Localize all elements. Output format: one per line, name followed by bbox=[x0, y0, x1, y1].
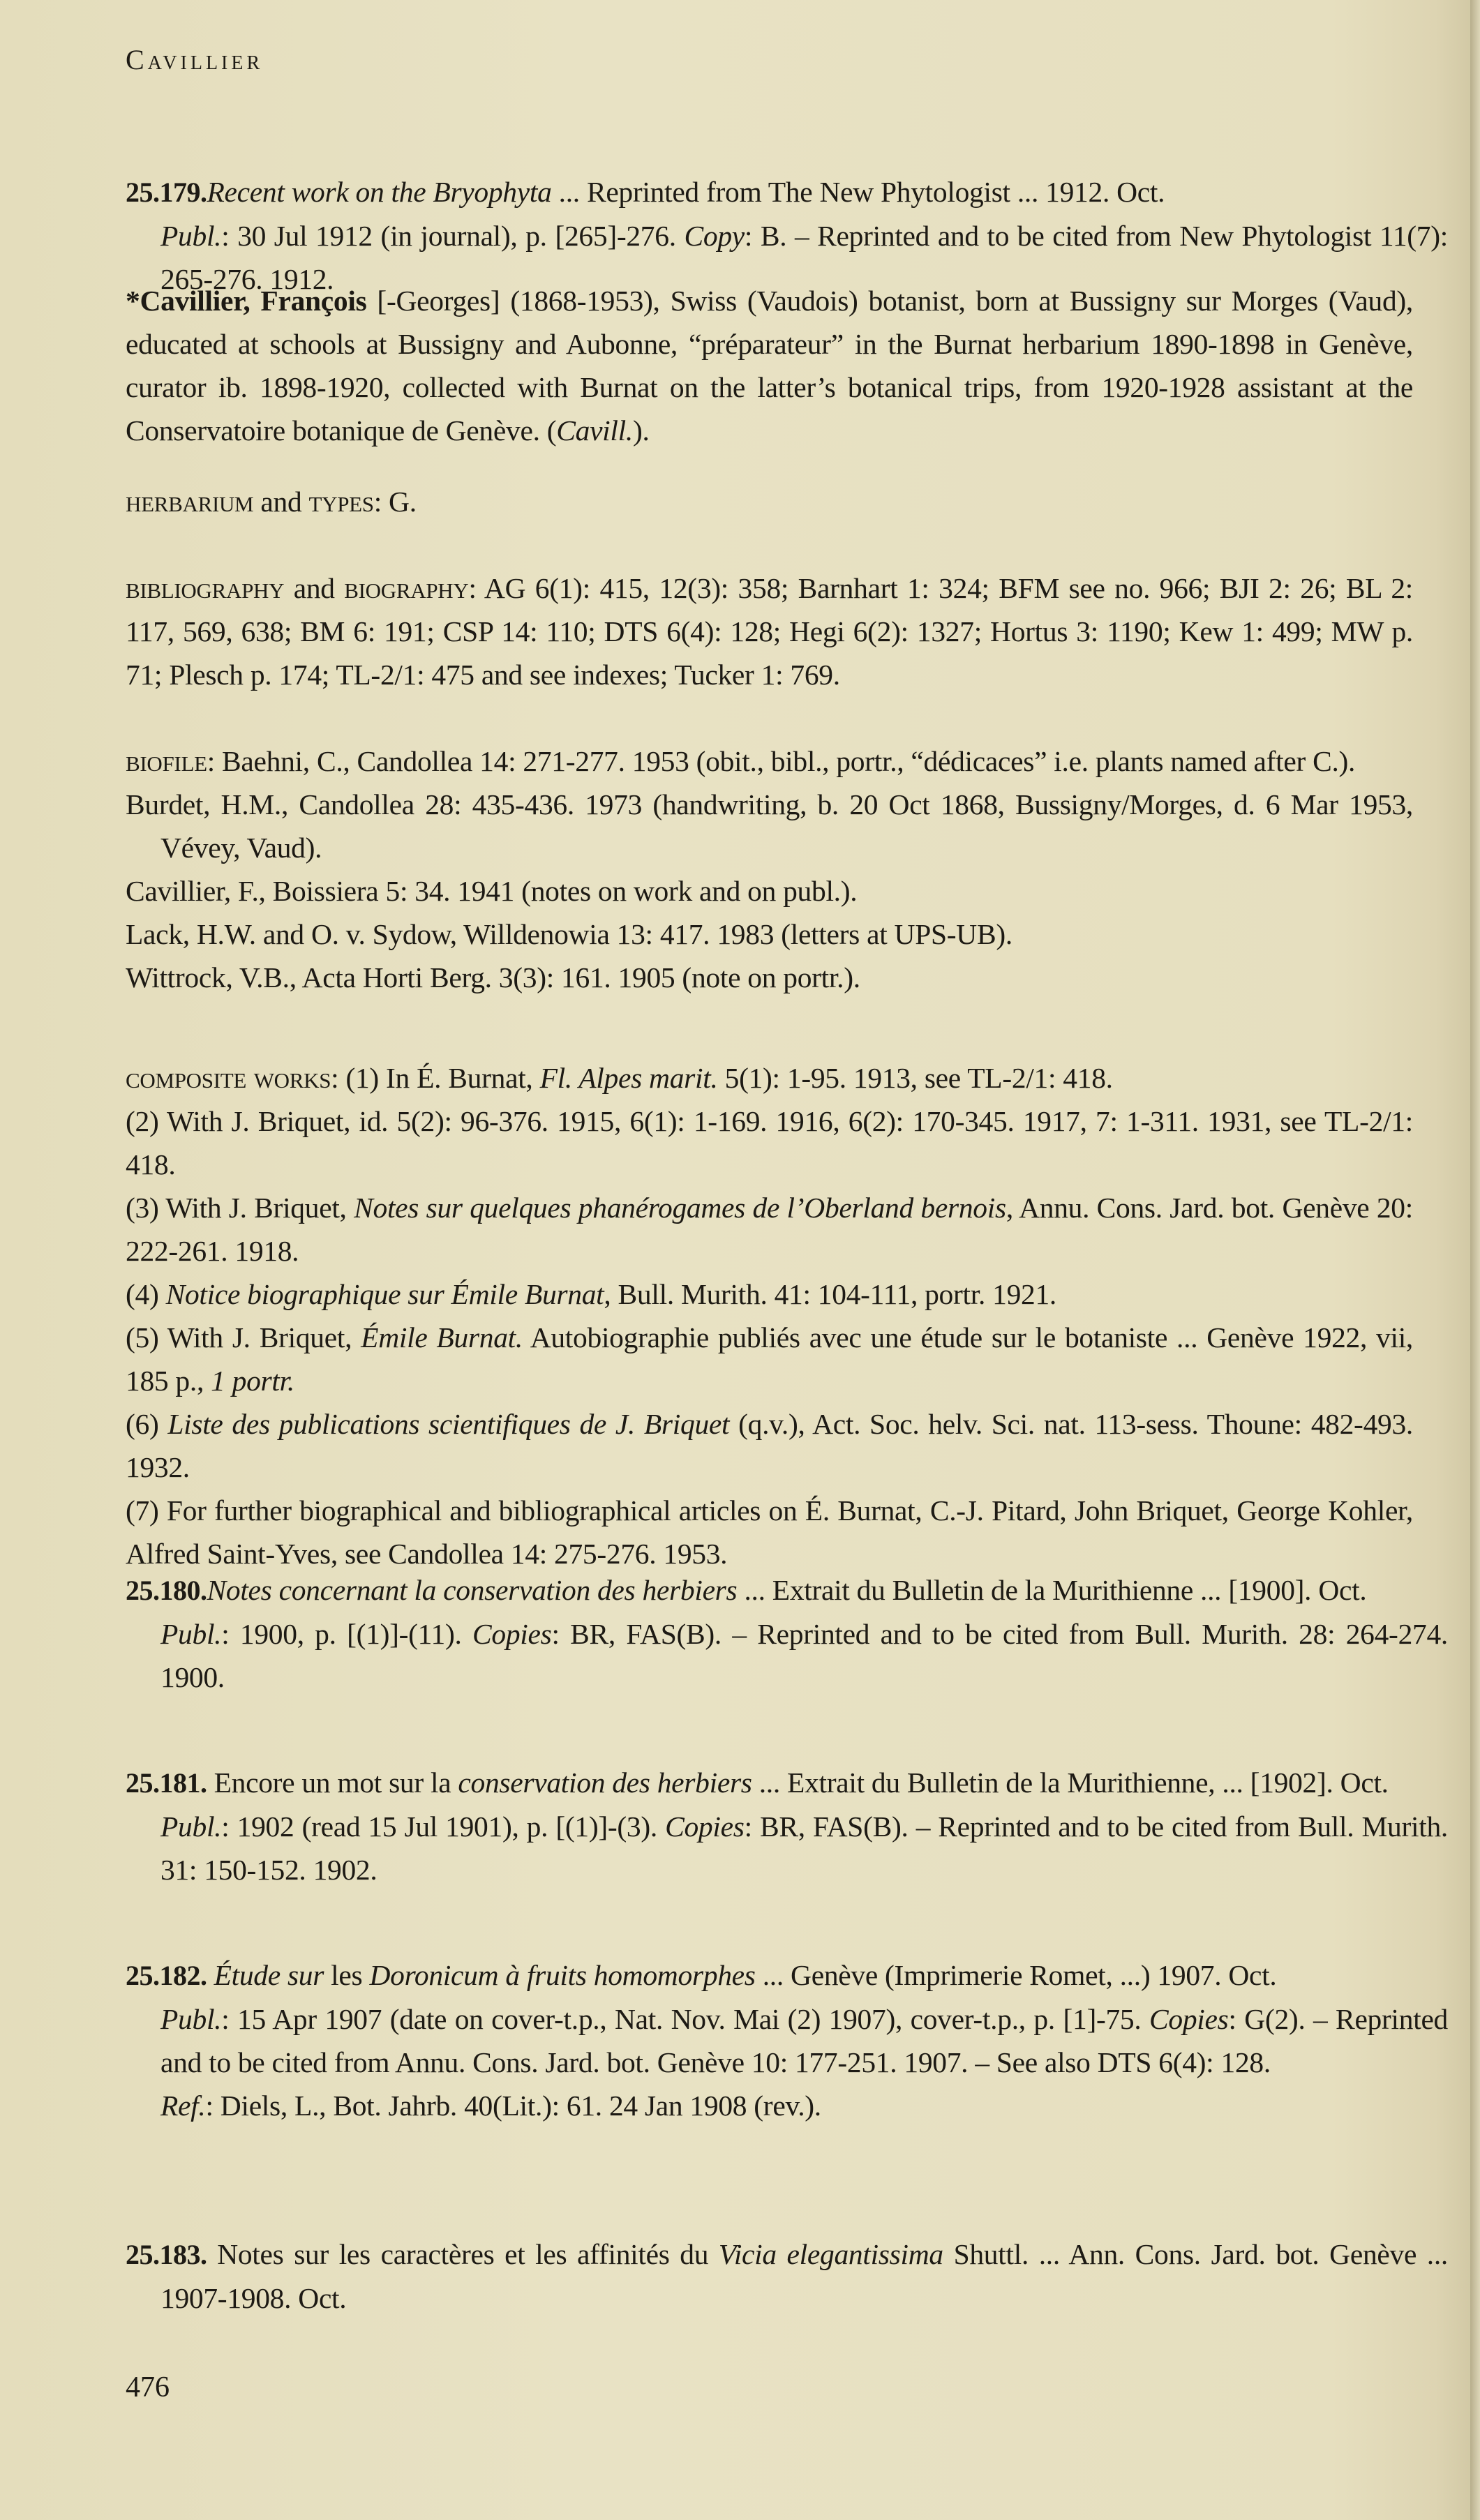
entry-title-species: Vicia elegantissima bbox=[719, 2238, 943, 2270]
biofile-item: biofile: Baehni, C., Candollea 14: 271-2… bbox=[126, 740, 1413, 783]
biofile-section: biofile: Baehni, C., Candollea 14: 271-2… bbox=[126, 740, 1413, 999]
composite-item: composite works: (1) In É. Burnat, Fl. A… bbox=[126, 1056, 1413, 1100]
herbarium-section: herbarium and types: G. bbox=[126, 480, 1413, 523]
composite-title: Émile Burnat. bbox=[361, 1321, 523, 1353]
entry-25-182: 25.182. Étude sur les Doronicum à fruits… bbox=[126, 1953, 1448, 2127]
entry-imprint: ... Extrait du Bulletin de la Murithienn… bbox=[752, 1767, 1389, 1799]
entry-imprint: ... Genève (Imprimerie Romet, ...) 1907.… bbox=[756, 1959, 1277, 1991]
composite-item: (3) With J. Briquet, Notes sur quelques … bbox=[126, 1186, 1413, 1273]
composite-item: (4) Notice biographique sur Émile Burnat… bbox=[126, 1273, 1413, 1316]
entry-title-genus: Doronicum à fruits homomorphes bbox=[369, 1959, 755, 1991]
composite-item: (6) Liste des publications scientifiques… bbox=[126, 1402, 1413, 1489]
entry-25-180: 25.180.Notes concernant la conservation … bbox=[126, 1568, 1448, 1699]
author-star: * bbox=[126, 285, 140, 317]
composite-item: (5) With J. Briquet, Émile Burnat. Autob… bbox=[126, 1316, 1413, 1402]
composite-text: (4) bbox=[126, 1278, 166, 1310]
composite-text: 5(1): 1-95. 1913, see TL-2/1: 418. bbox=[718, 1062, 1113, 1094]
composite-title: Fl. Alpes marit. bbox=[540, 1062, 718, 1094]
entry-imprint: ... Reprinted from The New Phytologist .… bbox=[552, 176, 1165, 208]
composite-title: Notes sur quelques phanérogames de l’Obe… bbox=[354, 1192, 1006, 1224]
copy-label: Copies bbox=[665, 1810, 744, 1843]
biofile-text: : Baehni, C., Candollea 14: 271-277. 195… bbox=[207, 745, 1355, 777]
entry-imprint: ... Extrait du Bulletin de la Murithienn… bbox=[737, 1574, 1366, 1606]
composite-title: 1 portr. bbox=[211, 1365, 294, 1397]
composite-label: composite works bbox=[126, 1060, 331, 1095]
entry-title-plain: Notes sur les caractères et les affinité… bbox=[207, 2238, 719, 2270]
copy-label: Copies bbox=[472, 1618, 551, 1650]
publ-text: : 1900, p. [(1)]-(11). bbox=[221, 1618, 472, 1650]
composite-text: (7) For further biographical and bibliog… bbox=[126, 1494, 1413, 1570]
entry-title: Étude sur bbox=[214, 1959, 324, 1991]
biofile-label: biofile bbox=[126, 744, 207, 778]
types-label: types bbox=[309, 484, 374, 518]
bibliography-section: bibliography and biography: AG 6(1): 415… bbox=[126, 567, 1413, 696]
entry-title-plain: les bbox=[324, 1959, 369, 1991]
publ-text: : 15 Apr 1907 (date on cover-t.p., Nat. … bbox=[221, 2003, 1149, 2035]
running-head: Cavillier bbox=[126, 43, 263, 76]
entry-title: conservation des herbiers bbox=[458, 1767, 752, 1799]
author-abbrev: Cavill. bbox=[556, 414, 633, 447]
entry-title-plain: Encore un mot sur la bbox=[207, 1767, 458, 1799]
copy-label: Copy bbox=[685, 220, 745, 252]
spacer bbox=[207, 1959, 214, 1991]
herbarium-and: and bbox=[253, 486, 308, 518]
composite-item: (7) For further biographical and bibliog… bbox=[126, 1489, 1413, 1575]
composite-title: Notice biographique sur Émile Burnat bbox=[166, 1278, 604, 1310]
biofile-item: Cavillier, F., Boissiera 5: 34. 1941 (no… bbox=[126, 869, 1413, 913]
biofile-item: Lack, H.W. and O. v. Sydow, Willdenowia … bbox=[126, 913, 1413, 956]
author-biography: *Cavillier, François [-Georges] (1868-19… bbox=[126, 279, 1413, 452]
biofile-item: Burdet, H.M., Candollea 28: 435-436. 197… bbox=[126, 783, 1413, 869]
composite-title: Liste des publications scientifiques de … bbox=[167, 1408, 729, 1440]
entry-number: 25.180. bbox=[126, 1575, 207, 1606]
herbarium-text: : G. bbox=[374, 486, 417, 518]
entry-number: 25.179. bbox=[126, 177, 207, 208]
publ-label: Publ. bbox=[160, 1810, 221, 1843]
composite-works-section: composite works: (1) In É. Burnat, Fl. A… bbox=[126, 1056, 1413, 1575]
biography-label: biography bbox=[344, 571, 468, 605]
composite-text: (6) bbox=[126, 1408, 167, 1440]
composite-text: (3) With J. Briquet, bbox=[126, 1192, 354, 1224]
biofile-item: Wittrock, V.B., Acta Horti Berg. 3(3): 1… bbox=[126, 956, 1413, 999]
publ-label: Publ. bbox=[160, 1618, 221, 1650]
publ-label: Publ. bbox=[160, 2003, 221, 2035]
copy-label: Copies bbox=[1149, 2003, 1228, 2035]
page-edge-shadow bbox=[1470, 0, 1480, 2520]
entry-25-183: 25.183. Notes sur les caractères et les … bbox=[126, 2233, 1448, 2320]
composite-text: : (1) In É. Burnat, bbox=[331, 1062, 539, 1094]
entry-25-181: 25.181. Encore un mot sur la conservatio… bbox=[126, 1761, 1448, 1891]
entry-title: Recent work on the Bryophyta bbox=[207, 176, 552, 208]
entry-number: 25.183. bbox=[126, 2239, 207, 2270]
entry-number: 25.182. bbox=[126, 1960, 207, 1991]
composite-text: , Bull. Murith. 41: 104-111, portr. 1921… bbox=[604, 1278, 1056, 1310]
bibliography-label: bibliography bbox=[126, 571, 284, 605]
author-bio-end: ). bbox=[633, 414, 650, 447]
book-page: Cavillier 25.179.Recent work on the Bryo… bbox=[0, 0, 1480, 2520]
page-number: 476 bbox=[126, 2371, 170, 2404]
ref-label: Ref. bbox=[160, 2090, 205, 2122]
composite-item: (2) With J. Briquet, id. 5(2): 96-376. 1… bbox=[126, 1100, 1413, 1186]
publ-text: : 30 Jul 1912 (in journal), p. [265]-276… bbox=[221, 220, 684, 252]
bibliography-and: and bbox=[284, 572, 344, 604]
publ-text: : 1902 (read 15 Jul 1901), p. [(1)]-(3). bbox=[221, 1810, 665, 1843]
entry-title: Notes concernant la conservation des her… bbox=[207, 1574, 738, 1606]
publ-label: Publ. bbox=[160, 220, 221, 252]
composite-text: (2) With J. Briquet, id. 5(2): 96-376. 1… bbox=[126, 1105, 1413, 1180]
composite-text: (5) With J. Briquet, bbox=[126, 1321, 361, 1353]
ref-text: : Diels, L., Bot. Jahrb. 40(Lit.): 61. 2… bbox=[205, 2090, 821, 2122]
herbarium-label: herbarium bbox=[126, 484, 253, 518]
author-name: Cavillier, François bbox=[140, 285, 366, 317]
entry-number: 25.181. bbox=[126, 1767, 207, 1799]
